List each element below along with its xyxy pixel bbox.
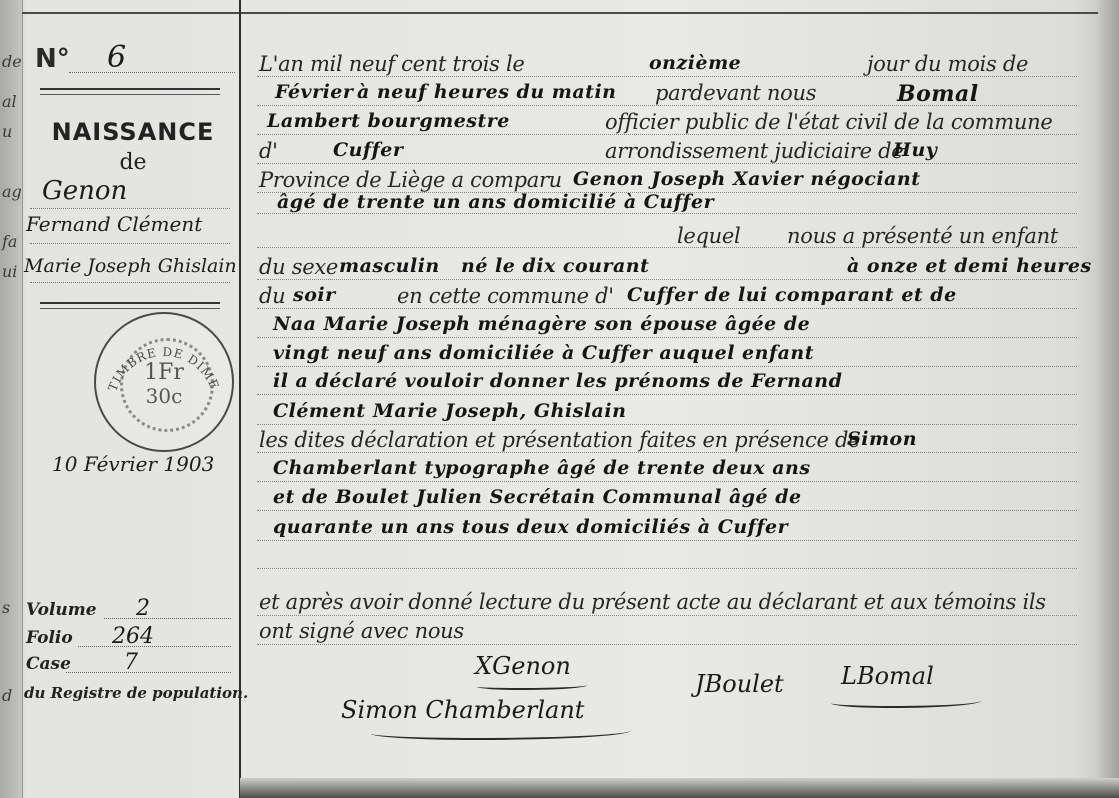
text-line-17: quarante un ans tous deux domiciliés à C… <box>257 516 1087 546</box>
stamp-value-francs: 1Fr <box>96 360 232 385</box>
page-bottom-edge <box>240 778 1119 798</box>
handwritten-declarant: Genon Joseph Xavier négociant <box>573 168 920 190</box>
text-line-18: et après avoir donné lecture du présent … <box>257 590 1087 620</box>
dotted-line <box>30 208 230 209</box>
text-line-4: d' Cuffer arrondissement judiciaire de H… <box>257 139 1087 169</box>
margin-column: N° 6 NAISSANCE de Genon Fernand Clément … <box>22 0 239 798</box>
signature-flourish <box>477 682 587 690</box>
dotted-line <box>104 618 231 619</box>
handwritten-given-names: Clément Marie Joseph, Ghislain <box>273 400 626 422</box>
handwritten-birth-time: à onze et demi heures <box>847 255 1092 277</box>
handwritten-text: Cuffer de lui comparant et de <box>627 284 957 306</box>
printed-text: L'an mil neuf cent trois le <box>259 52 525 76</box>
text-line-1: L'an mil neuf cent trois le onzième jour… <box>257 52 1087 82</box>
prev-page-fragment: al <box>2 92 17 111</box>
handwritten-witness-1: Simon <box>847 428 917 450</box>
signature-flourish <box>371 724 631 740</box>
child-surname: Genon <box>42 176 127 206</box>
handwritten-text: il a déclaré vouloir donner les prénoms … <box>273 370 842 392</box>
stamp-value-centimes: 30c <box>96 384 232 408</box>
handwritten-sex: masculin <box>339 255 440 277</box>
prev-page-fragment: ag <box>2 182 22 201</box>
printed-text: les dites déclaration et présentation fa… <box>259 428 860 452</box>
handwritten-birth-date: né le dix courant <box>461 255 649 277</box>
printed-text: du <box>259 284 285 308</box>
printed-text: arrondissement judiciaire de <box>605 139 903 163</box>
volume-label: Volume <box>26 600 97 620</box>
volume-row: Volume 2 <box>26 600 231 622</box>
double-rule <box>40 88 220 95</box>
heading-de: de <box>38 150 228 175</box>
signature-officer: LBomal <box>841 662 934 690</box>
dotted-line <box>30 243 230 244</box>
dotted-line <box>69 72 235 73</box>
dotted-line <box>30 282 230 283</box>
text-line-11: vingt neuf ans domiciliée à Cuffer auque… <box>257 342 1087 372</box>
register-footer: du Registre de population. <box>24 684 248 702</box>
prev-page-fragment: s <box>2 598 10 617</box>
case-label: Case <box>26 654 71 674</box>
handwritten-period: soir <box>293 284 336 306</box>
child-given-names-1: Fernand Clément <box>26 212 202 236</box>
prev-page-fragment: u <box>2 122 12 141</box>
printed-text: officier public de l'état civil de la co… <box>605 110 1052 134</box>
record-body: L'an mil neuf cent trois le onzième jour… <box>241 0 1098 778</box>
prev-page-fragment: ui <box>2 262 17 281</box>
child-given-names-2: Marie Joseph Ghislain <box>24 255 237 277</box>
signature-witness-1: Simon Chamberlant <box>341 696 584 724</box>
signatures: XGenon Simon Chamberlant JBoulet LBomal <box>241 640 1098 760</box>
registration-date: 10 Février 1903 <box>52 452 214 476</box>
handwritten-witness-2: et de Boulet Julien Secrétain Communal â… <box>273 486 802 508</box>
dotted-line <box>66 672 231 673</box>
printed-text: Province de Liège a comparu <box>259 168 562 192</box>
handwritten-month: Février <box>275 81 353 103</box>
text-line-10: Naa Marie Joseph ménagère son épouse âgé… <box>257 313 1087 343</box>
folio-row: Folio 264 <box>26 628 231 650</box>
handwritten-declarant-age: âgé de trente un ans domicilié à Cuffer <box>277 191 714 213</box>
text-line-2: Février à neuf heures du matin pardevant… <box>257 81 1087 111</box>
handwritten-text: vingt neuf ans domiciliée à Cuffer auque… <box>273 342 814 364</box>
printed-text: en cette commune d' <box>397 284 614 308</box>
text-line-3: Lambert bourgmestre officier public de l… <box>257 110 1087 140</box>
register-page: de al u ag fa ui s d N° 6 NAISSANCE de G… <box>0 0 1119 798</box>
handwritten-officer-surname: Bomal <box>897 81 979 107</box>
previous-page-edge: de al u ag fa ui s d <box>0 0 23 798</box>
dotted-line <box>78 646 231 647</box>
text-line-8: du sexe masculin né le dix courant à onz… <box>257 255 1087 285</box>
entry-number-label: N° <box>35 44 70 74</box>
text-line-6: âgé de trente un ans domicilié à Cuffer <box>257 191 1087 221</box>
signature-witness-2: JBoulet <box>695 670 784 698</box>
printed-text: du sexe <box>259 255 338 279</box>
entry-number: N° 6 <box>35 44 235 84</box>
text-line-13: Clément Marie Joseph, Ghislain <box>257 400 1087 430</box>
handwritten-witness-2-details: quarante un ans tous deux domiciliés à C… <box>273 516 788 538</box>
double-rule <box>40 302 220 309</box>
printed-text: pardevant nous <box>655 81 816 105</box>
printed-text: d' <box>259 139 278 163</box>
text-line-14: les dites déclaration et présentation fa… <box>257 428 1087 458</box>
text-line-16: et de Boulet Julien Secrétain Communal â… <box>257 486 1087 516</box>
signature-flourish <box>831 696 981 708</box>
prev-page-fragment: de <box>2 52 22 71</box>
folio-label: Folio <box>26 628 73 648</box>
prev-page-fragment: d <box>2 686 12 705</box>
handwritten-district: Huy <box>893 139 937 161</box>
printed-text: lequel <box>677 224 740 248</box>
entry-number-value: 6 <box>107 40 126 75</box>
record-type-heading: NAISSANCE <box>38 118 228 146</box>
text-line-15: Chamberlant typographe âgé de trente deu… <box>257 457 1087 487</box>
handwritten-time: à neuf heures du matin <box>357 81 617 103</box>
handwritten-mother: Naa Marie Joseph ménagère son épouse âgé… <box>273 313 810 335</box>
printed-text: et après avoir donné lecture du présent … <box>259 590 1046 614</box>
page-right-edge <box>1098 0 1119 798</box>
printed-text: jour du mois de <box>867 52 1028 76</box>
case-row: Case 7 <box>26 654 231 676</box>
signature-declarant: XGenon <box>475 652 571 680</box>
printed-text: nous a présenté un enfant <box>787 224 1058 248</box>
ruled-line <box>257 568 1077 569</box>
handwritten-officer-title: Lambert bourgmestre <box>267 110 510 132</box>
text-line-7: lequel nous a présenté un enfant <box>257 224 1087 254</box>
handwritten-witness-1-details: Chamberlant typographe âgé de trente deu… <box>273 457 811 479</box>
prev-page-fragment: fa <box>2 232 17 251</box>
text-line-12: il a déclaré vouloir donner les prénoms … <box>257 370 1087 400</box>
revenue-stamp: TIMBRE DE DIMENSION 1Fr 30c <box>94 312 234 452</box>
handwritten-commune: Cuffer <box>333 139 403 161</box>
text-line-9: du soir en cette commune d' Cuffer de lu… <box>257 284 1087 314</box>
handwritten-day: onzième <box>649 52 741 74</box>
